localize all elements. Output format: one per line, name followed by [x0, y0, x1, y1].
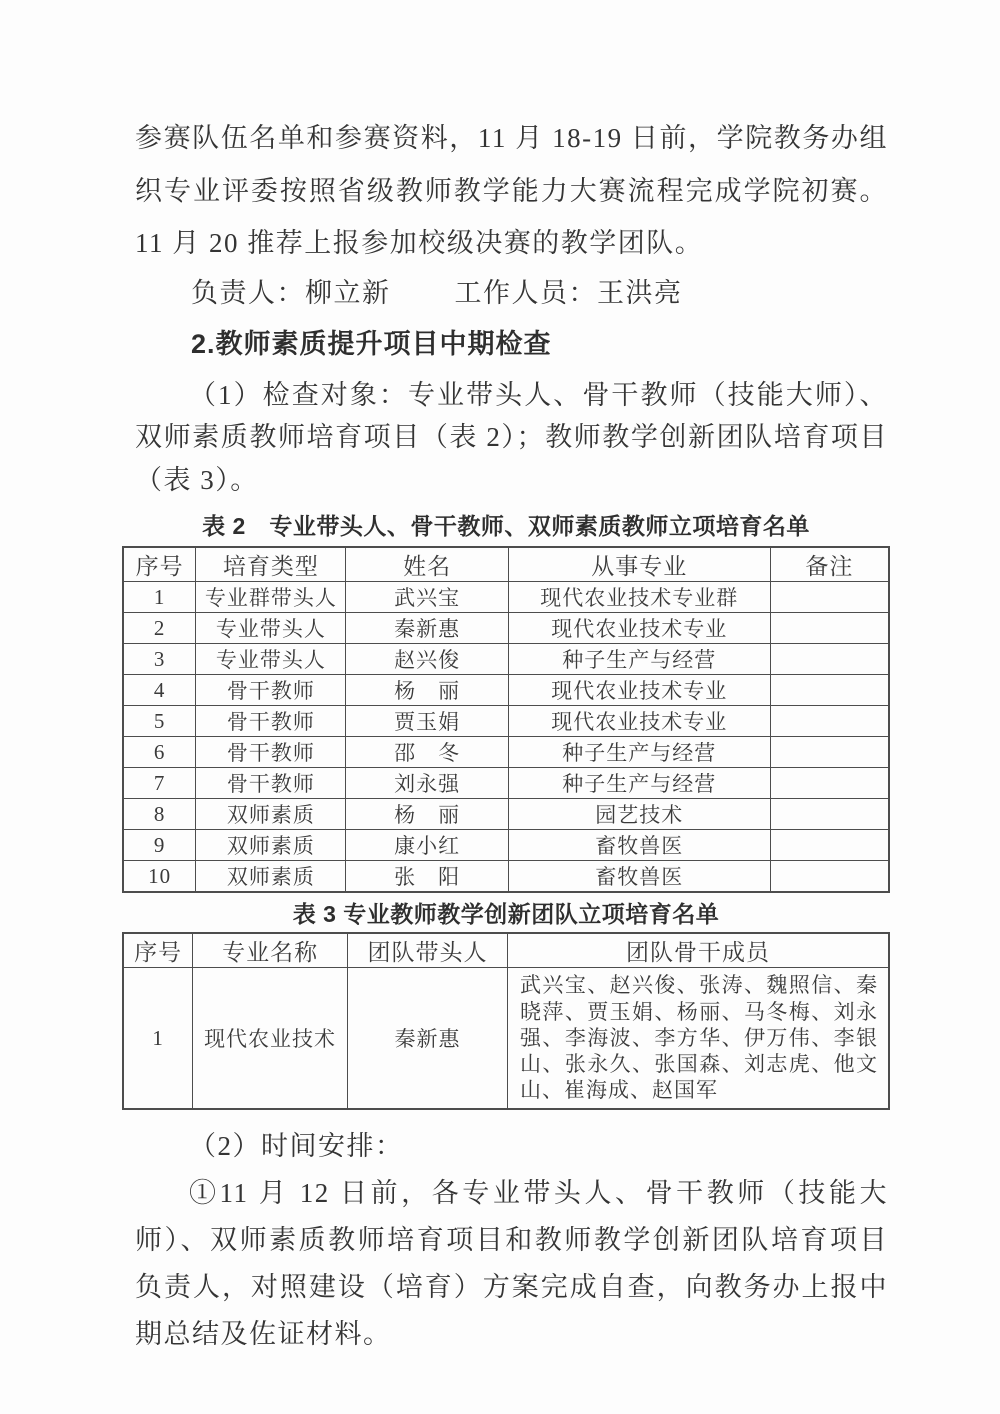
document-page: 参赛队伍名单和参赛资料，11 月 18-19 日前，学院教务办组织专业评委按照省… — [0, 0, 1000, 1414]
table-row: 3专业带头人赵兴俊种子生产与经营 — [123, 644, 889, 675]
inspection-paragraph: （1）检查对象：专业带头人、骨干教师（技能大师）、双师素质教师培育项目（表 2）… — [122, 374, 890, 502]
table-row: 2专业带头人秦新惠现代农业技术专业 — [123, 613, 889, 644]
table-cell: 现代农业技术专业 — [508, 613, 770, 644]
table-cell: 邵 冬 — [346, 737, 508, 768]
staff-line: 负责人：柳立新工作人员：王洪亮 — [122, 272, 890, 316]
table-cell: 2 — [123, 613, 196, 644]
table-cell — [770, 582, 889, 613]
table2-caption: 表 2 专业带头人、骨干教师、双师素质教师立项培育名单 — [122, 508, 890, 541]
table-cell: 5 — [123, 706, 196, 737]
table-cell: 10 — [123, 861, 196, 893]
table-cell: 现代农业技术专业 — [508, 706, 770, 737]
schedule-paragraph: （2）时间安排： — [122, 1126, 890, 1168]
table-cell: 双师素质 — [196, 861, 346, 893]
table-row: 6骨干教师邵 冬种子生产与经营 — [123, 737, 889, 768]
table-row: 1专业群带头人武兴宝现代农业技术专业群 — [123, 582, 889, 613]
table-cell: 畜牧兽医 — [508, 830, 770, 861]
table-cell: 3 — [123, 644, 196, 675]
table-cell: 双师素质 — [196, 799, 346, 830]
table2-cultivation-list: 序号 培育类型 姓名 从事专业 备注 1专业群带头人武兴宝现代农业技术专业群2专… — [122, 546, 890, 893]
table-row: 5骨干教师贾玉娟现代农业技术专业 — [123, 706, 889, 737]
table-cell: 双师素质 — [196, 830, 346, 861]
table-cell: 杨 丽 — [346, 799, 508, 830]
table-cell: 7 — [123, 768, 196, 799]
column-header-seq: 序号 — [123, 933, 193, 968]
table-cell: 4 — [123, 675, 196, 706]
staff-role2-name: 王洪亮 — [597, 278, 683, 308]
table2-header-row: 序号 培育类型 姓名 从事专业 备注 — [123, 547, 889, 582]
table-cell: 种子生产与经营 — [508, 768, 770, 799]
table-cell: 畜牧兽医 — [508, 861, 770, 893]
table-cell — [770, 613, 889, 644]
table-cell — [770, 737, 889, 768]
table-cell: 8 — [123, 799, 196, 830]
table3-team-list: 序号 专业名称 团队带头人 团队骨干成员 1现代农业技术秦新惠武兴宝、赵兴俊、张… — [122, 932, 890, 1109]
section-heading: 2.教师素质提升项目中期检查 — [122, 324, 890, 366]
table-cell: 骨干教师 — [196, 768, 346, 799]
column-header-name: 姓名 — [346, 547, 508, 582]
table-cell: 专业群带头人 — [196, 582, 346, 613]
table-cell — [770, 799, 889, 830]
table-cell — [770, 861, 889, 893]
table-cell: 现代农业技术 — [193, 968, 348, 1109]
staff-role1-name: 柳立新 — [305, 278, 391, 308]
table-cell — [770, 830, 889, 861]
column-header-remark: 备注 — [770, 547, 889, 582]
table-cell: 专业带头人 — [196, 613, 346, 644]
table-cell: 现代农业技术专业群 — [508, 582, 770, 613]
column-header-seq: 序号 — [123, 547, 196, 582]
table-row: 1现代农业技术秦新惠武兴宝、赵兴俊、张涛、魏照信、秦晓萍、贾玉娟、杨丽、马冬梅、… — [123, 968, 889, 1109]
table-cell — [770, 706, 889, 737]
table-cell: 武兴宝、赵兴俊、张涛、魏照信、秦晓萍、贾玉娟、杨丽、马冬梅、刘永强、李海波、李方… — [508, 968, 889, 1109]
table-cell: 秦新惠 — [346, 613, 508, 644]
intro-paragraph: 参赛队伍名单和参赛资料，11 月 18-19 日前，学院教务办组织专业评委按照省… — [122, 112, 890, 270]
table-row: 4骨干教师杨 丽现代农业技术专业 — [123, 675, 889, 706]
table-row: 10双师素质张 阳畜牧兽医 — [123, 861, 889, 893]
table-cell: 9 — [123, 830, 196, 861]
table-cell: 骨干教师 — [196, 675, 346, 706]
table-cell: 杨 丽 — [346, 675, 508, 706]
table-cell: 1 — [123, 582, 196, 613]
staff-role2-label: 工作人员： — [455, 278, 598, 308]
table-cell: 专业带头人 — [196, 644, 346, 675]
table-cell — [770, 675, 889, 706]
table-cell: 张 阳 — [346, 861, 508, 893]
table-cell: 刘永强 — [346, 768, 508, 799]
table-cell: 秦新惠 — [347, 968, 507, 1109]
document-content: 参赛队伍名单和参赛资料，11 月 18-19 日前，学院教务办组织专业评委按照省… — [122, 112, 890, 1359]
table-row: 7骨干教师刘永强种子生产与经营 — [123, 768, 889, 799]
table-row: 8双师素质杨 丽园艺技术 — [123, 799, 889, 830]
table-cell: 种子生产与经营 — [508, 737, 770, 768]
table-cell: 赵兴俊 — [346, 644, 508, 675]
table-cell — [770, 644, 889, 675]
table3-caption: 表 3 专业教师教学创新团队立项培育名单 — [122, 896, 890, 929]
table-cell: 骨干教师 — [196, 737, 346, 768]
item1-paragraph: ①11 月 12 日前，各专业带头人、骨干教师（技能大师）、双师素质教师培育项目… — [122, 1170, 890, 1359]
table-cell: 园艺技术 — [508, 799, 770, 830]
table-cell: 武兴宝 — [346, 582, 508, 613]
table-cell — [770, 768, 889, 799]
column-header-team-leader: 团队带头人 — [347, 933, 507, 968]
table-cell: 1 — [123, 968, 193, 1109]
staff-role1-label: 负责人： — [191, 278, 305, 308]
column-header-major: 从事专业 — [508, 547, 770, 582]
column-header-team-members: 团队骨干成员 — [508, 933, 889, 968]
column-header-type: 培育类型 — [196, 547, 346, 582]
table-cell: 骨干教师 — [196, 706, 346, 737]
table-cell: 现代农业技术专业 — [508, 675, 770, 706]
table-cell: 康小红 — [346, 830, 508, 861]
table-cell: 种子生产与经营 — [508, 644, 770, 675]
table-cell: 6 — [123, 737, 196, 768]
table3-header-row: 序号 专业名称 团队带头人 团队骨干成员 — [123, 933, 889, 968]
table-cell: 贾玉娟 — [346, 706, 508, 737]
table-row: 9双师素质康小红畜牧兽医 — [123, 830, 889, 861]
column-header-major-name: 专业名称 — [193, 933, 348, 968]
